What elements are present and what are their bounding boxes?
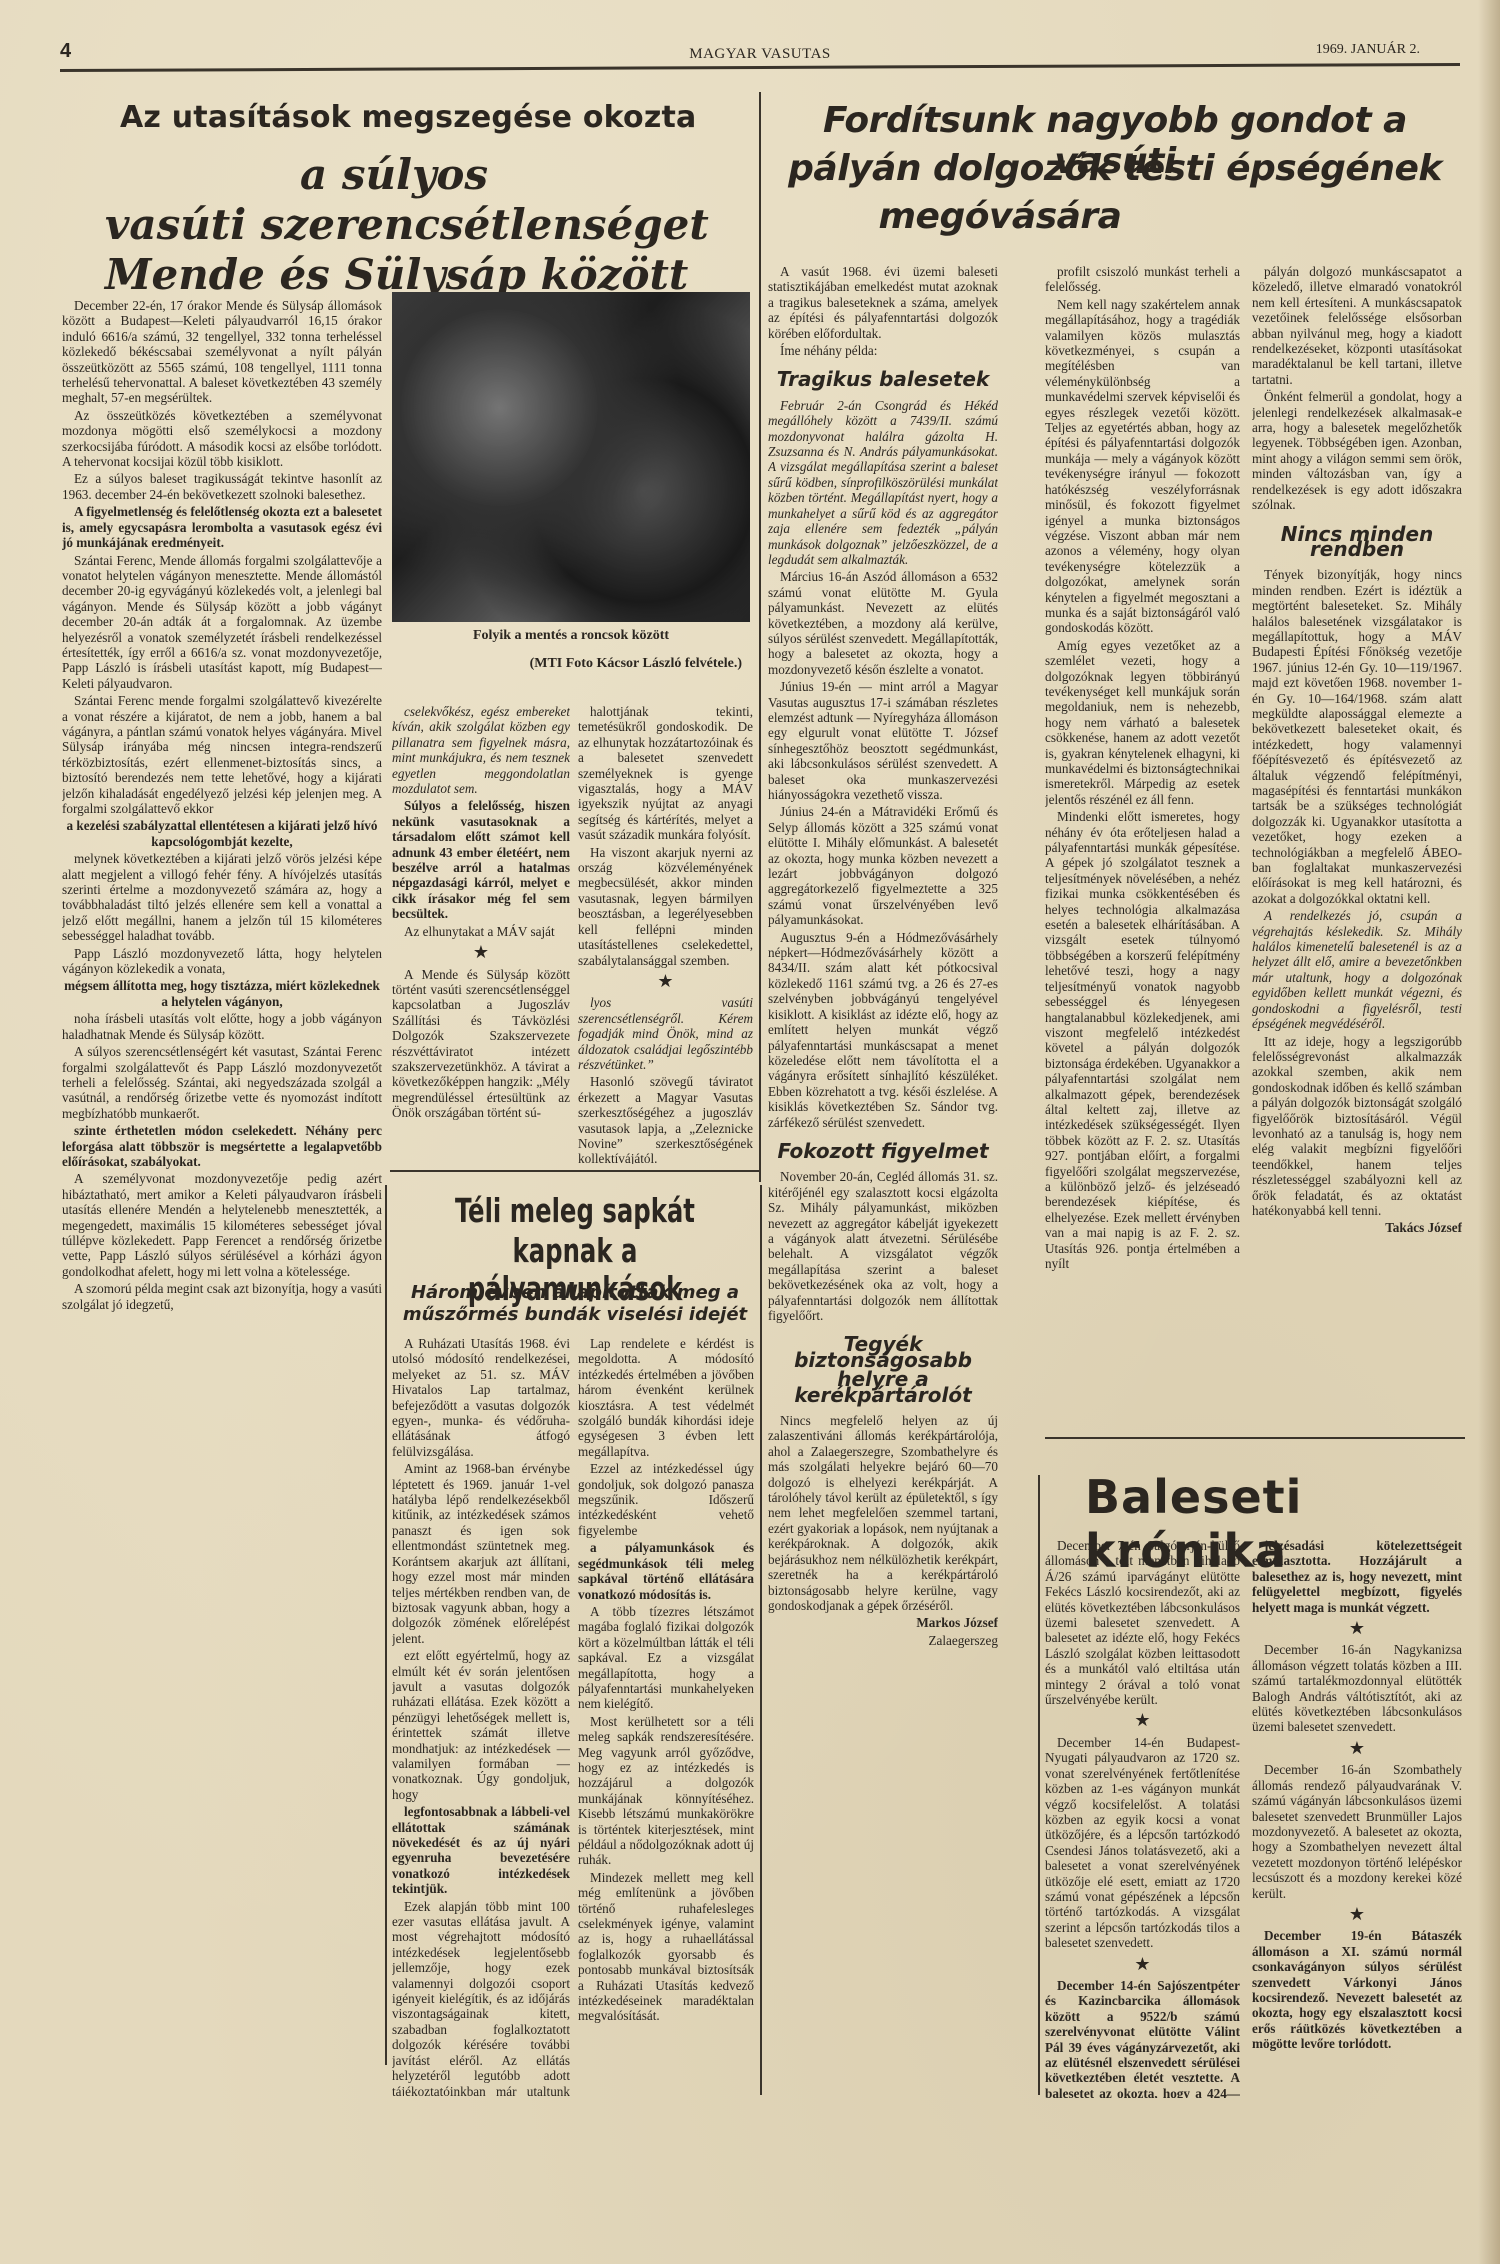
paragraph: A súlyos szerencsétlenségért két vasutas… xyxy=(62,1044,382,1121)
paragraph: ezt előtt egyértelmű, hogy az elmúlt két… xyxy=(392,1648,570,1802)
headline-right-line3: megóvására xyxy=(770,196,1230,237)
chronicle-col2: jelzésadási kötelezettségeit elmulasztot… xyxy=(1252,1538,1462,2098)
column-divider-main xyxy=(759,92,761,1182)
paragraph: Nincs megfelelő helyen az új zalaszentiv… xyxy=(768,1413,998,1613)
paragraph: pályán dolgozó munkáscsapatot a közeledő… xyxy=(1252,264,1462,387)
chronicle-col1: December 7-én Salgótarján-külső állomáso… xyxy=(1045,1538,1240,2098)
paragraph: Június 19-én — mint arról a Magyar Vasut… xyxy=(768,679,998,802)
paragraph-bold: mégsem állította meg, hogy tisztázza, mi… xyxy=(62,978,382,1009)
paragraph-bold: a pályamunkások és segédmunkások téli me… xyxy=(578,1540,754,1602)
column-divider-chronicle xyxy=(1038,1475,1040,2095)
paragraph: Március 16-án Aszód állomáson a 6532 szá… xyxy=(768,569,998,677)
column-divider-left-lower xyxy=(385,1185,387,2065)
section-rule-chronicle xyxy=(1045,1437,1465,1439)
paragraph: Amíg egyes vezetőket az a szemlélet veze… xyxy=(1045,638,1240,807)
subhead-fokozott: Fokozott figyelmet xyxy=(768,1144,998,1159)
headline-left-line3: vasúti szerencsétlenséget xyxy=(105,200,709,249)
paragraph: Hasonló szövegű táviratot érkezett a Mag… xyxy=(578,1074,753,1164)
paragraph-bold: A figyelmetlenség és felelőtlenség okozt… xyxy=(62,504,382,550)
star-separator-icon: ★ xyxy=(1045,1957,1240,1972)
paragraph: December 16-án Nagykanizsa állomáson vég… xyxy=(1252,1642,1462,1734)
paragraph: A szomorú példa megint csak azt bizonyít… xyxy=(62,1281,382,1312)
headline-caps-line1: Téli meleg sapkát xyxy=(423,1192,726,1230)
paragraph: Augusztus 9-én a Hódmezővásárhely népker… xyxy=(768,930,998,1130)
paragraph: Mindenki előtt ismeretes, hogy néhány év… xyxy=(1045,809,1240,1271)
author-place: Zalaegerszeg xyxy=(768,1633,998,1648)
photo-credit: (MTI Foto Kácsor László felvétele.) xyxy=(392,656,742,672)
paragraph: Június 24-én a Mátravidéki Erőmű és Sely… xyxy=(768,804,998,927)
subhead-tragikus: Tragikus balesetek xyxy=(768,372,998,387)
paragraph: A személyvonat mozdonyvezetője pedig azé… xyxy=(62,1171,382,1279)
paragraph: noha írásbeli utasítás volt előtte, hogy… xyxy=(62,1011,382,1042)
author-signature: Takács József xyxy=(1252,1220,1462,1235)
paragraph: December 22-én, 17 órakor Mende és Sülys… xyxy=(62,298,382,406)
paragraph: Papp László mozdonyvezető látta, hogy he… xyxy=(62,946,382,977)
paragraph-bold: jelzésadási kötelezettségeit elmulasztot… xyxy=(1252,1538,1462,1615)
paragraph-bold: szinte érthetetlen módon cselekedett. Né… xyxy=(62,1123,382,1169)
masthead: 4 MAGYAR VASUTAS 1969. JANUÁR 2. xyxy=(60,42,1460,66)
article-caps-col1: A Ruházati Utasítás 1968. évi utolsó mód… xyxy=(392,1336,570,2096)
section-rule-caps xyxy=(390,1170,760,1172)
paragraph: Íme néhány példa: xyxy=(768,343,998,358)
paragraph: profilt csiszoló munkást terheli a felel… xyxy=(1045,264,1240,295)
photo-caption: Folyik a mentés a roncsok között xyxy=(392,628,750,644)
article-caps-col2: Lap rendelete e kérdést is megoldotta. A… xyxy=(578,1336,754,2096)
author-signature: Markos József xyxy=(768,1615,998,1630)
paragraph: Lap rendelete e kérdést is megoldotta. A… xyxy=(578,1336,754,1459)
paragraph-bold: December 19-én Bátaszék állomáson a XI. … xyxy=(1252,1928,1462,2051)
paragraph: Az elhunytakat a MÁV saját xyxy=(392,924,570,939)
paragraph: Február 2-án Csongrád és Hékéd megállóhe… xyxy=(768,398,998,567)
page-edge-shadow xyxy=(1478,0,1500,2264)
paragraph: Az összeütközés következtében a személyv… xyxy=(62,408,382,470)
article-right-col2: profilt csiszoló munkást terheli a felel… xyxy=(1045,264,1240,1434)
paragraph: A Ruházati Utasítás 1968. évi utolsó mód… xyxy=(392,1336,570,1459)
paragraph-bold: Súlyos a felelősség, hiszen nekünk vasut… xyxy=(392,798,570,921)
paragraph-bold: December 14-én Sajószentpéter és Kazincb… xyxy=(1045,1978,1240,2098)
star-separator-icon: ★ xyxy=(1252,1741,1462,1756)
article-left-col1: December 22-én, 17 órakor Mende és Sülys… xyxy=(62,298,382,2138)
article-right-col1: A vasút 1968. évi üzemi baleseti statisz… xyxy=(768,264,998,2094)
paragraph: Ezek alapján több mint 100 ezer vasutas … xyxy=(392,1899,570,2096)
subhead-nincs: Nincs minden rendben xyxy=(1252,527,1462,558)
paragraph: cselekvőkész, egész embereket kíván, aki… xyxy=(392,704,570,796)
wreckage-photo xyxy=(392,292,750,622)
paragraph: December 14-én Budapest-Nyugati pályaudv… xyxy=(1045,1735,1240,1951)
paragraph: Tények bizonyítják, hogy nincs minden re… xyxy=(1252,567,1462,906)
subhead-kerekpar-2: helyre a kerékpártárolót xyxy=(768,1372,998,1403)
paragraph: Amint az 1968-ban érvénybe léptetett és … xyxy=(392,1461,570,1646)
paragraph: Ezzel az intézkedéssel úgy gondoljuk, so… xyxy=(578,1461,754,1538)
paragraph: lyos vasúti szerencsétlenségről. Kérem f… xyxy=(578,995,753,1072)
star-separator-icon: ★ xyxy=(578,974,753,989)
star-separator-icon: ★ xyxy=(1045,1713,1240,1728)
paragraph: halottjának tekinti, temetésükről gondos… xyxy=(578,704,753,843)
paragraph: A több tízezres létszámot magába foglaló… xyxy=(578,1604,754,1712)
paragraph: December 7-én Salgótarján-külső állomáso… xyxy=(1045,1538,1240,1707)
star-separator-icon: ★ xyxy=(1252,1621,1462,1636)
paragraph: A Mende és Sülysáp között történt vasúti… xyxy=(392,967,570,1121)
paragraph: Nem kell nagy szakértelem annak megállap… xyxy=(1045,297,1240,636)
star-separator-icon: ★ xyxy=(392,945,570,960)
publication-title: MAGYAR VASUTAS xyxy=(60,46,1460,63)
paragraph: Ez a súlyos baleset tragikusságát tekint… xyxy=(62,471,382,502)
article-left-col2: cselekvőkész, egész embereket kíván, aki… xyxy=(392,704,570,1164)
article-right-col3: pályán dolgozó munkáscsapatot a közeledő… xyxy=(1252,264,1462,1434)
paragraph: melynek következtében a kijárati jelző v… xyxy=(62,851,382,943)
paragraph: Mindezek mellett meg kell még említenünk… xyxy=(578,1870,754,2024)
paragraph: Önként felmerül a gondolat, hogy a jelen… xyxy=(1252,389,1462,512)
paragraph: December 16-án Szombathely állomás rende… xyxy=(1252,1762,1462,1901)
issue-date: 1969. JANUÁR 2. xyxy=(1316,42,1420,58)
paragraph: November 20-án, Cegléd állomás 31. sz. k… xyxy=(768,1169,998,1323)
column-divider-right-lower xyxy=(760,1185,762,2095)
headline-left-line2: a súlyos xyxy=(300,150,488,199)
article-left-col3: halottjának tekinti, temetésükről gondos… xyxy=(578,704,753,1164)
star-separator-icon: ★ xyxy=(1252,1907,1462,1922)
headline-left-line1: Az utasítások megszegése okozta xyxy=(120,100,696,135)
subhead-kerekpar-1: Tegyék biztonságosabb xyxy=(768,1337,998,1368)
paragraph: A rendelkezés jó, csupán a végrehajtás k… xyxy=(1252,908,1462,1031)
paragraph: Szántai Ferenc mende forgalmi szolgálatt… xyxy=(62,693,382,816)
headline-right-line2: pályán dolgozók testi épségének xyxy=(770,148,1460,189)
paragraph-bold: a kezelési szabályzattal ellentétesen a … xyxy=(62,818,382,849)
caps-subheadline: Három évben állapították meg a műszőrmés… xyxy=(392,1282,758,1326)
paragraph: Ha viszont akarjuk nyerni az ország közv… xyxy=(578,845,753,968)
paragraph: Itt az ideje, hogy a legszigorúbb felelő… xyxy=(1252,1034,1462,1219)
paragraph-bold: legfontosabbnak a lábbeli-vel ellátottak… xyxy=(392,1804,570,1896)
paragraph: Most kerülhetett sor a téli meleg sapkák… xyxy=(578,1714,754,1868)
paragraph: A vasút 1968. évi üzemi baleseti statisz… xyxy=(768,264,998,341)
paragraph: Szántai Ferenc, Mende állomás forgalmi s… xyxy=(62,553,382,692)
